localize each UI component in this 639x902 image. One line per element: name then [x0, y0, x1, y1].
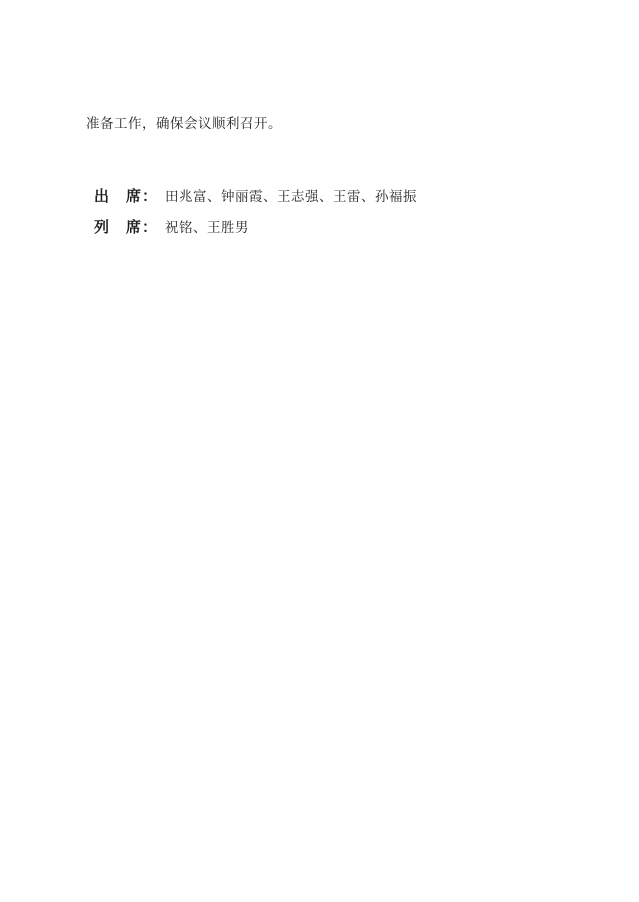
attendees-names: 田兆富、钟丽霞、王志强、王雷、孙福振 — [165, 185, 417, 205]
observers-label: 列 席： — [94, 216, 158, 237]
closing-paragraph: 准备工作，确保会议顺利召开。 — [86, 115, 282, 133]
attendees-label: 出 席： — [94, 185, 158, 206]
attendees-line: 出 席： 田兆富、钟丽霞、王志强、王雷、孙福振 — [94, 185, 417, 216]
document-page: 准备工作，确保会议顺利召开。 出 席： 田兆富、钟丽霞、王志强、王雷、孙福振 列… — [0, 0, 639, 902]
attendance-section: 出 席： 田兆富、钟丽霞、王志强、王雷、孙福振 列 席： 祝铭、王胜男 — [94, 185, 417, 247]
observers-line: 列 席： 祝铭、王胜男 — [94, 216, 417, 247]
observers-names: 祝铭、王胜男 — [165, 216, 249, 236]
